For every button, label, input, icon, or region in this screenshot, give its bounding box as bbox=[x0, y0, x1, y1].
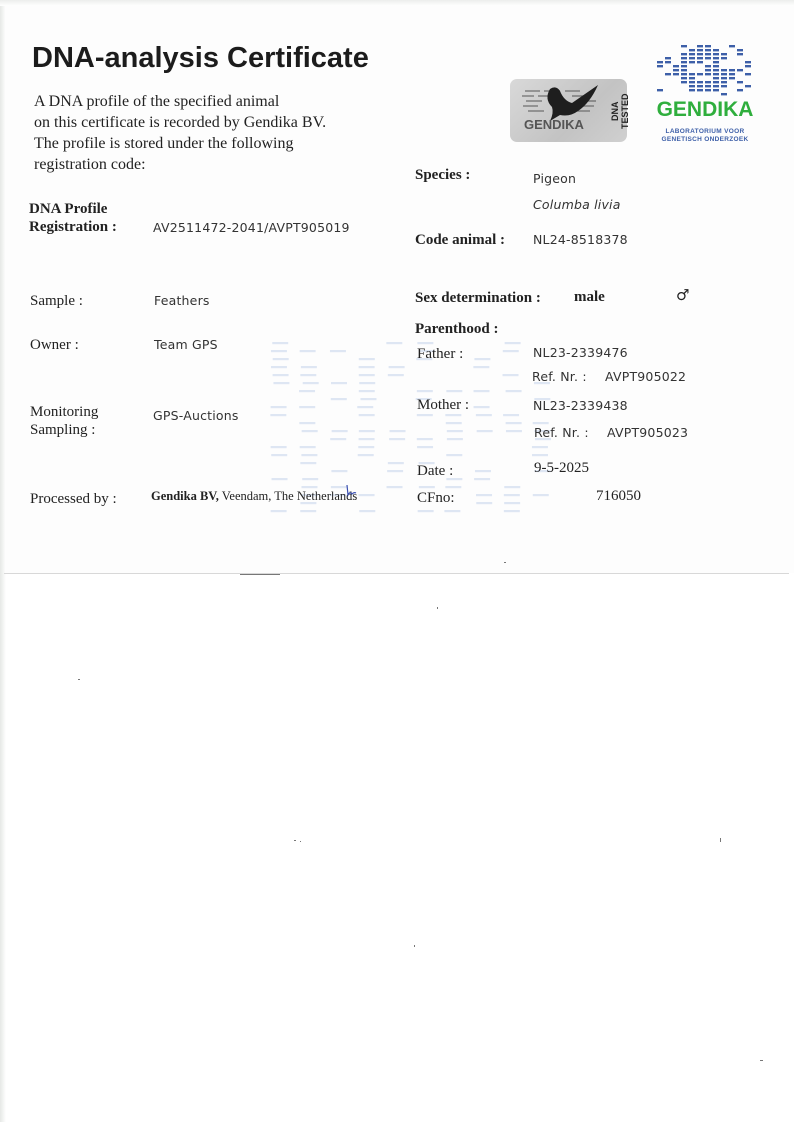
intro-text: A DNA profile of the specified animal on… bbox=[34, 91, 354, 175]
dna-profile-label-line: Registration : bbox=[29, 218, 117, 236]
monitoring-label-line: Monitoring bbox=[30, 403, 98, 421]
dna-profile-label: DNA Profile Registration : bbox=[29, 200, 117, 236]
species-common-value: Pigeon bbox=[533, 171, 576, 186]
processed-by-label: Processed by : bbox=[30, 490, 117, 508]
intro-line: A DNA profile of the specified animal bbox=[34, 91, 354, 112]
scan-speck bbox=[78, 679, 80, 680]
father-label: Father : bbox=[417, 345, 463, 363]
monitoring-sampling-label: Monitoring Sampling : bbox=[30, 403, 98, 439]
father-value: NL23-2339476 bbox=[533, 345, 628, 360]
owner-value: Team GPS bbox=[154, 337, 218, 352]
processed-by-value: Gendika BV, Veendam, The Netherlands bbox=[151, 489, 357, 504]
fold-mark bbox=[240, 574, 280, 575]
species-latin-value: Columba livia bbox=[533, 197, 621, 212]
scan-speck bbox=[294, 840, 296, 841]
scan-speck bbox=[300, 841, 301, 842]
scan-speck bbox=[414, 945, 415, 947]
intro-line: on this certificate is recorded by Gendi… bbox=[34, 112, 354, 133]
intro-line: registration code: bbox=[34, 154, 354, 175]
processed-company: Gendika BV, bbox=[151, 489, 219, 503]
mother-label: Mother : bbox=[417, 396, 469, 414]
dna-tested-sticker: GENDIKA DNA TESTED bbox=[510, 79, 627, 142]
father-ref-label: Ref. Nr. : bbox=[532, 369, 587, 384]
dna-profile-value: AV2511472-2041/AVPT905019 bbox=[153, 220, 350, 235]
document-title: DNA-analysis Certificate bbox=[32, 42, 369, 75]
owner-label: Owner : bbox=[30, 336, 79, 354]
mother-value: NL23-2339438 bbox=[533, 398, 628, 413]
sample-value: Feathers bbox=[154, 293, 210, 308]
mother-ref-label: Ref. Nr. : bbox=[534, 425, 589, 440]
date-label: Date : bbox=[417, 462, 453, 480]
scan-speck bbox=[504, 562, 506, 563]
processed-location: Veendam, The Netherlands bbox=[219, 489, 357, 503]
logo-name: GENDIKA bbox=[655, 98, 755, 122]
sticker-brand: GENDIKA bbox=[524, 117, 584, 132]
sample-label: Sample : bbox=[30, 292, 83, 310]
sticker-label: DNA TESTED bbox=[610, 83, 624, 139]
sex-value: male bbox=[574, 289, 605, 306]
male-symbol-icon: ♂ bbox=[676, 286, 689, 304]
gendika-logo: GENDIKA LABORATORIUM VOOR GENETISCH ONDE… bbox=[655, 40, 755, 150]
monitoring-value: GPS-Auctions bbox=[153, 408, 239, 423]
cfno-label: CFno: bbox=[417, 489, 455, 507]
page-edge-shadow bbox=[0, 0, 6, 1122]
intro-line: The profile is stored under the followin… bbox=[34, 133, 354, 154]
logo-subtitle-line: LABORATORIUM VOOR bbox=[655, 128, 755, 136]
species-label: Species : bbox=[415, 166, 470, 184]
logo-subtitle: LABORATORIUM VOOR GENETISCH ONDERZOEK bbox=[655, 128, 755, 144]
scan-speck bbox=[720, 838, 721, 842]
scan-speck bbox=[437, 607, 438, 609]
dna-g-logo-icon bbox=[655, 40, 755, 96]
dna-profile-label-line: DNA Profile bbox=[29, 200, 117, 218]
signature-mark-icon bbox=[340, 483, 360, 499]
code-animal-label: Code animal : bbox=[415, 231, 505, 249]
sex-determination-label: Sex determination : bbox=[415, 289, 541, 307]
fold-line bbox=[4, 573, 789, 574]
date-value: 9-5-2025 bbox=[534, 460, 589, 477]
father-ref-value: AVPT905022 bbox=[605, 369, 686, 384]
parenthood-label: Parenthood : bbox=[415, 320, 498, 338]
monitoring-label-line: Sampling : bbox=[30, 421, 98, 439]
cfno-value: 716050 bbox=[596, 488, 641, 505]
page-top-shadow bbox=[0, 0, 794, 6]
logo-subtitle-line: GENETISCH ONDERZOEK bbox=[655, 136, 755, 144]
mother-ref-value: AVPT905023 bbox=[607, 425, 688, 440]
code-animal-value: NL24-8518378 bbox=[533, 232, 628, 247]
scan-speck bbox=[760, 1060, 763, 1061]
